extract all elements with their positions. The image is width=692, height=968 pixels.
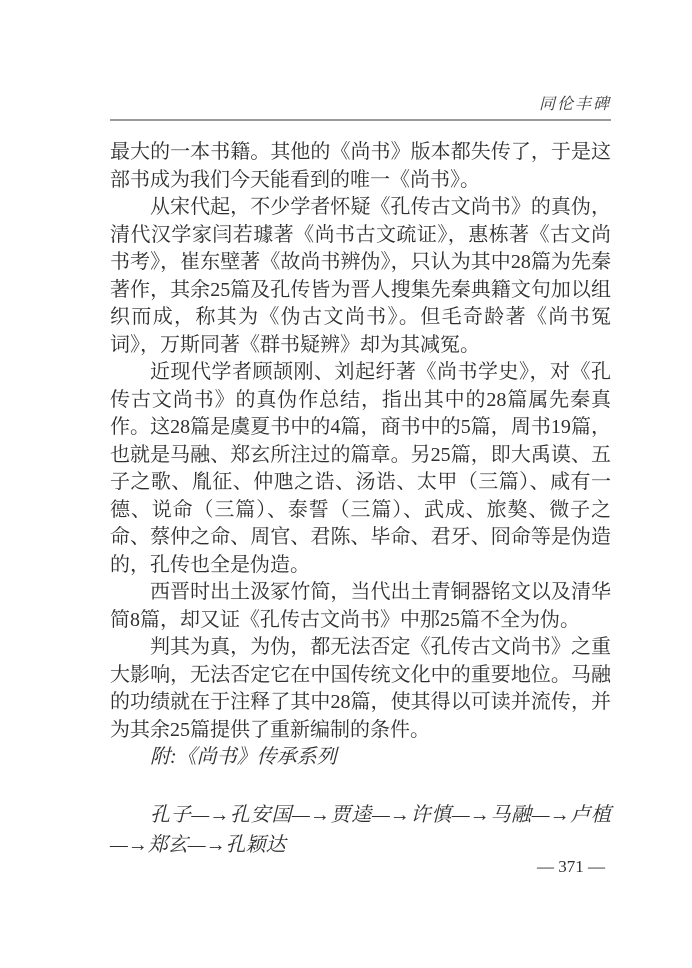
paragraph: 近现代学者顾颉刚、刘起纡著《尚书学史》，对《孔传古文尚书》的真伪作总结，指出其中… <box>110 359 611 579</box>
appendix-note: 附:《尚书》传承系列 <box>110 744 611 772</box>
paragraph: 从宋代起，不少学者怀疑《孔传古文尚书》的真伪，清代汉学家闫若璩著《尚书古文疏证》… <box>110 194 611 359</box>
paragraph: 判其为真，为伪，都无法否定《孔传古文尚书》之重大影响，无法否定它在中国传统文化中… <box>110 634 611 744</box>
body-text: 最大的一本书籍。其他的《尚书》版本都失传了，于是这部书成为我们今天能看到的唯一《… <box>110 139 611 860</box>
book-page: 同伦丰碑 最大的一本书籍。其他的《尚书》版本都失传了，于是这部书成为我们今天能看… <box>0 0 692 968</box>
lineage-chain: 孔子—→孔安国—→贾逵—→许慎—→马融—→卢植—→郑玄—→孔颖达 <box>110 800 611 860</box>
paragraph: 西晋时出土汲冢竹简，当代出土青铜器铭文以及清华简8篇，却又证《孔传古文尚书》中那… <box>110 579 611 634</box>
paragraph: 最大的一本书籍。其他的《尚书》版本都失传了，于是这部书成为我们今天能看到的唯一《… <box>110 139 611 194</box>
page-number: — 371 — <box>496 856 646 878</box>
running-head: 同伦丰碑 <box>110 95 611 115</box>
header-rule <box>110 119 611 121</box>
